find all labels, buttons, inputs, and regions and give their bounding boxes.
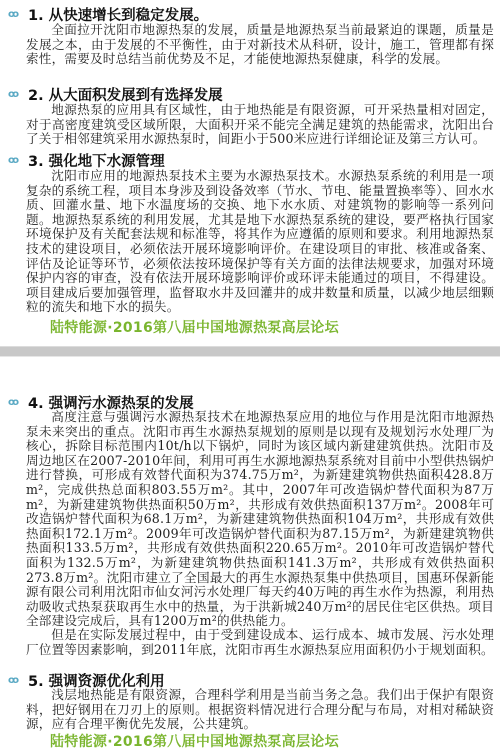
bullet-icon: ꝏ [8,9,22,20]
section-body-1: 全面拉开沈阳市地源热泵的发展，质量是地源热泵当前最紧迫的课题，质量是发展之本，由… [26,23,494,67]
section-body-4: 高度注意与强调污水源热泵技术在地源热泵应用的地位与作用是沈阳市地源热泵未来突出的… [26,410,494,629]
slide-footer: 陆特能源·2016第八届中国地源热泵高层论坛 [50,731,339,750]
bullet-icon: ꝏ [8,675,22,686]
slide-footer: 陆特能源·2016第八届中国地源热泵高层论坛 [50,317,339,337]
bullet-icon: ꝏ [8,155,22,166]
section-body-4b: 但是在实际发展过程中，由于受到建设成本、运行成本、城市发展、污水处理厂位置等因素… [26,628,494,657]
bullet-icon: ꝏ [8,397,22,408]
section-body-5: 浅层地热能是有限资源，合理科学利用是当前当务之急。我们出于保护有限资料，把好钢用… [26,688,494,732]
bullet-icon: ꝏ [8,89,22,100]
section-body-3: 沈阳市应用的地源热泵技术主要为水源热泵技术。水源热泵系统的利用是一项复杂的系统工… [26,169,494,315]
section-body-2: 地源热泵的应用具有区域性，由于地热能是有限资源，可开采热量相对固定，对于高密度建… [26,103,494,147]
slide-1: ꝏ 1. 从快速增长到稳定发展。 全面拉开沈阳市地源热泵的发展，质量是地源热泵当… [0,0,500,346]
slide-2: ꝏ 4. 强调污水源热泵的发展 高度注意与强调污水源热泵技术在地源热泵应用的地位… [0,357,500,750]
slide-divider [0,346,500,357]
